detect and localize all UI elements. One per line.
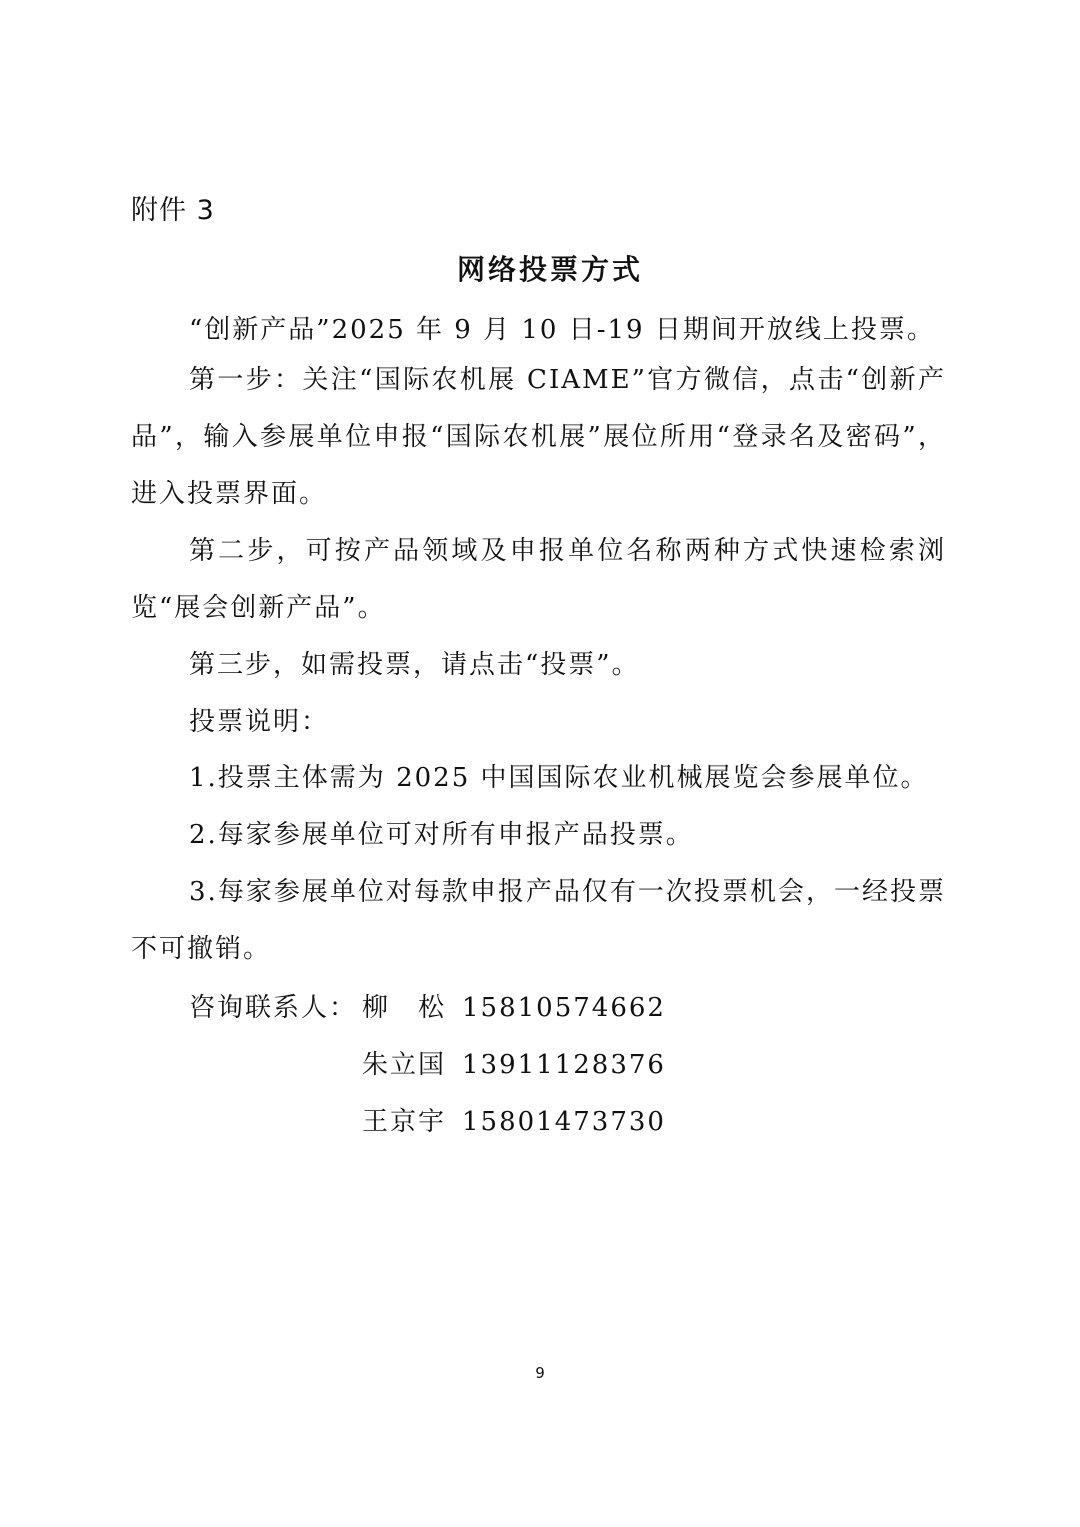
note-1: 1.投票主体需为 2025 中国国际农业机械展览会参展单位。	[131, 750, 946, 807]
contact-name: 王京宇	[362, 1094, 462, 1151]
intro-paragraph: “创新产品”2025 年 9 月 10 日-19 日期间开放线上投票。	[131, 302, 946, 359]
contact-name: 朱立国	[362, 1037, 462, 1094]
step-1-paragraph: 第一步：关注“国际农机展 CIAME”官方微信，点击“创新产品”，输入参展单位申…	[131, 352, 946, 523]
contact-row: 咨询联系人： 柳 松 15810574662	[189, 980, 666, 1037]
contact-phone: 13911128376	[462, 1037, 666, 1094]
contacts-label: 咨询联系人：	[189, 980, 362, 1037]
contacts-block: 咨询联系人： 柳 松 15810574662 朱立国 13911128376 王…	[189, 980, 666, 1151]
note-2: 2.每家参展单位可对所有申报产品投票。	[131, 807, 946, 864]
page-number: 9	[0, 1364, 1080, 1382]
contact-name: 柳 松	[362, 980, 462, 1037]
step-2-paragraph: 第二步，可按产品领域及申报单位名称两种方式快速检索浏览“展会创新产品”。	[131, 523, 946, 637]
step-3-paragraph: 第三步，如需投票，请点击“投票”。	[131, 637, 946, 694]
contact-phone: 15801473730	[462, 1094, 666, 1151]
note-3: 3.每家参展单位对每款申报产品仅有一次投票机会，一经投票不可撤销。	[131, 864, 946, 978]
document-title: 网络投票方式	[0, 250, 1080, 290]
annex-label: 附件 3	[131, 192, 215, 230]
notes-heading: 投票说明：	[131, 694, 946, 751]
contact-row: 朱立国 13911128376	[189, 1037, 666, 1094]
contact-row: 王京宇 15801473730	[189, 1094, 666, 1151]
contact-phone: 15810574662	[462, 980, 666, 1037]
